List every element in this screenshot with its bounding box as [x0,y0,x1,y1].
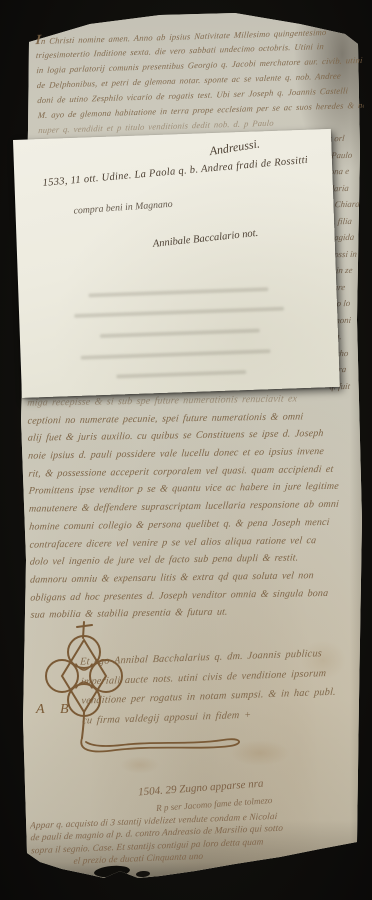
notary-signum-icon [24,618,256,760]
signum-letter-b: B [60,702,69,718]
show-through-line [100,329,260,339]
notary-signum: A B [24,618,256,760]
show-through-line [74,307,284,318]
deed-opening-text: In Christi nomine amen. Anno ab ipsius N… [34,23,363,138]
slip-subject-line: compra beni in Magnano [73,199,173,217]
ink-blot-stain [136,871,150,878]
signum-letter-a: A [36,702,45,718]
slip-annotator-name: Andreussi. [209,136,261,159]
show-through-line [116,370,246,379]
show-through-line [88,287,268,297]
slip-date-line: 1533, 11 ott. Udine. La Paola q. b. Andr… [42,155,308,189]
slip-notary-line: Annibale Baccalario not. [152,228,258,250]
show-through-line [81,349,271,360]
deed-body-text: miga recepisse & si sub spe future numer… [26,389,368,624]
archival-slip: Andreussi. 1533, 11 ott. Udine. La Paola… [13,129,340,398]
manuscript-photo: In Christi nomine amen. Anno ab ipsius N… [0,0,372,900]
